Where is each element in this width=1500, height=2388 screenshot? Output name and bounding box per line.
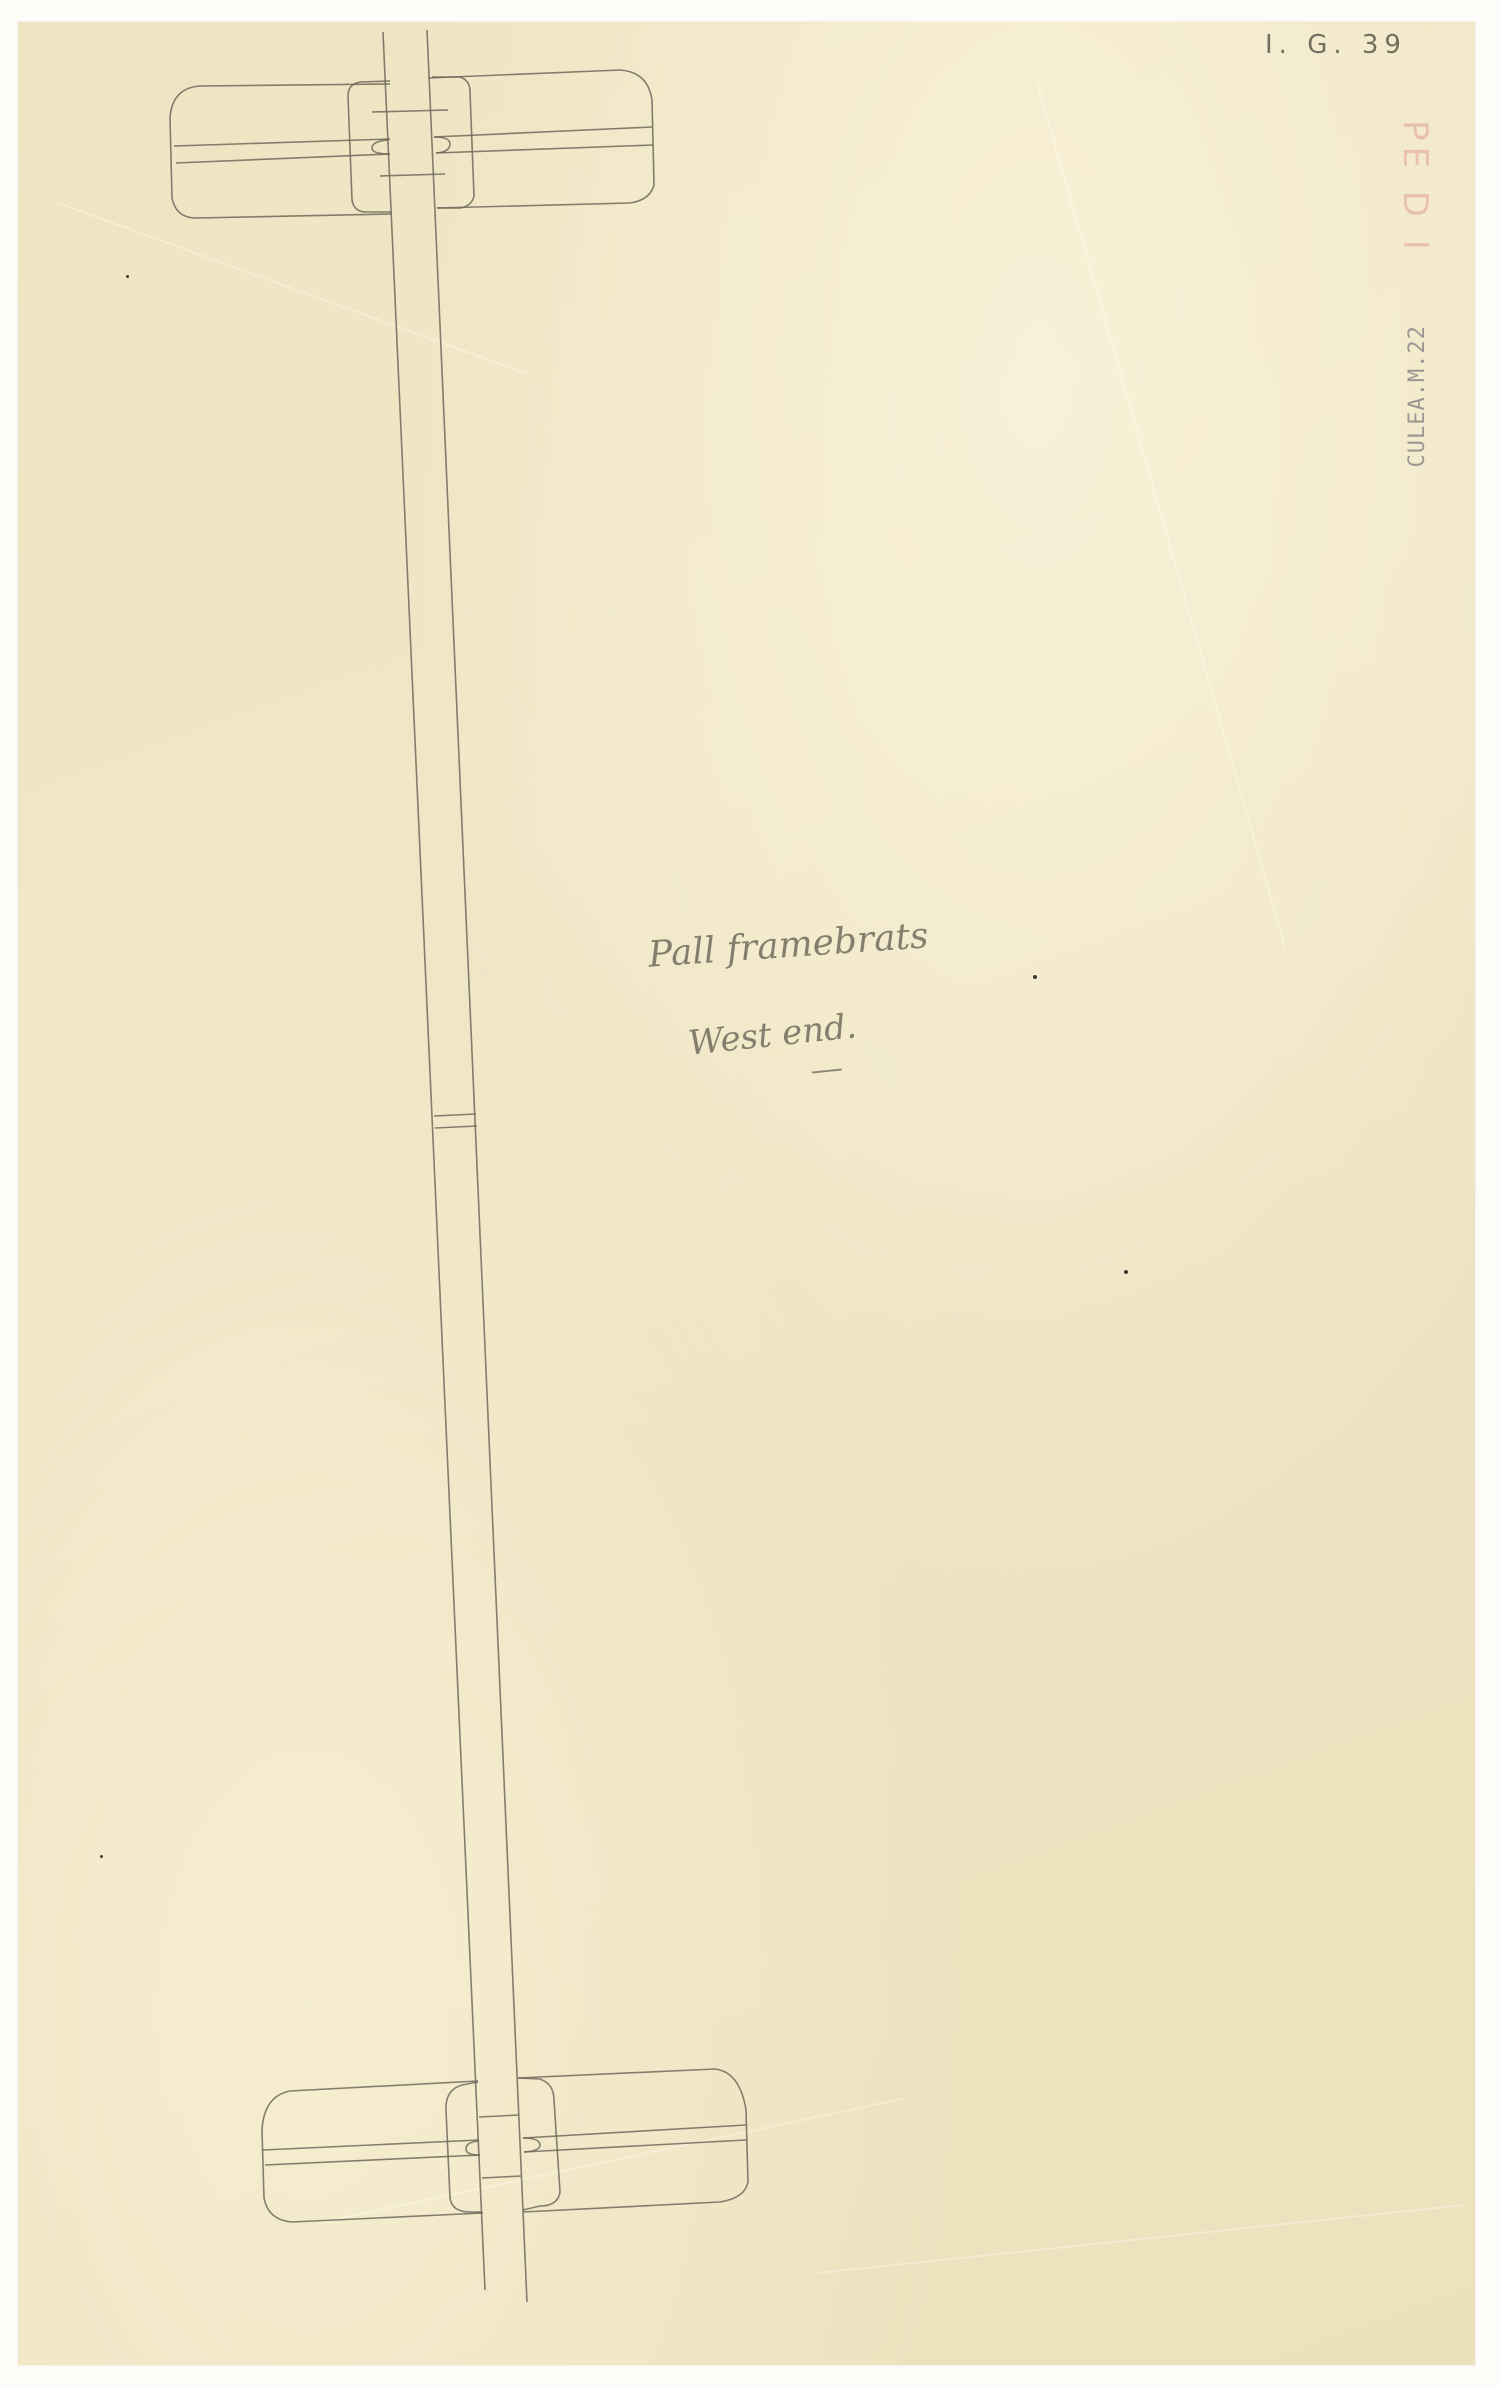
pole-mid-joint [434, 1114, 477, 1128]
paper-speck [126, 275, 129, 278]
top-crossbar-assembly [170, 70, 654, 218]
red-annotation-mark: PE D I [1395, 120, 1435, 270]
paper-speck [1124, 1270, 1128, 1274]
reference-number: I. G. 39 [1265, 30, 1407, 60]
paper-speck [1033, 975, 1037, 979]
paper-speck [100, 1855, 103, 1858]
vertical-pole [383, 30, 527, 2302]
archive-stamp: CULEA.M.22 [1405, 325, 1430, 467]
scan-background: I. G. 39 PE D I CULEA.M.22 Pall framebra… [0, 0, 1500, 2388]
pencil-drawing [0, 0, 1500, 2388]
bottom-crossbar-assembly [262, 2069, 748, 2222]
